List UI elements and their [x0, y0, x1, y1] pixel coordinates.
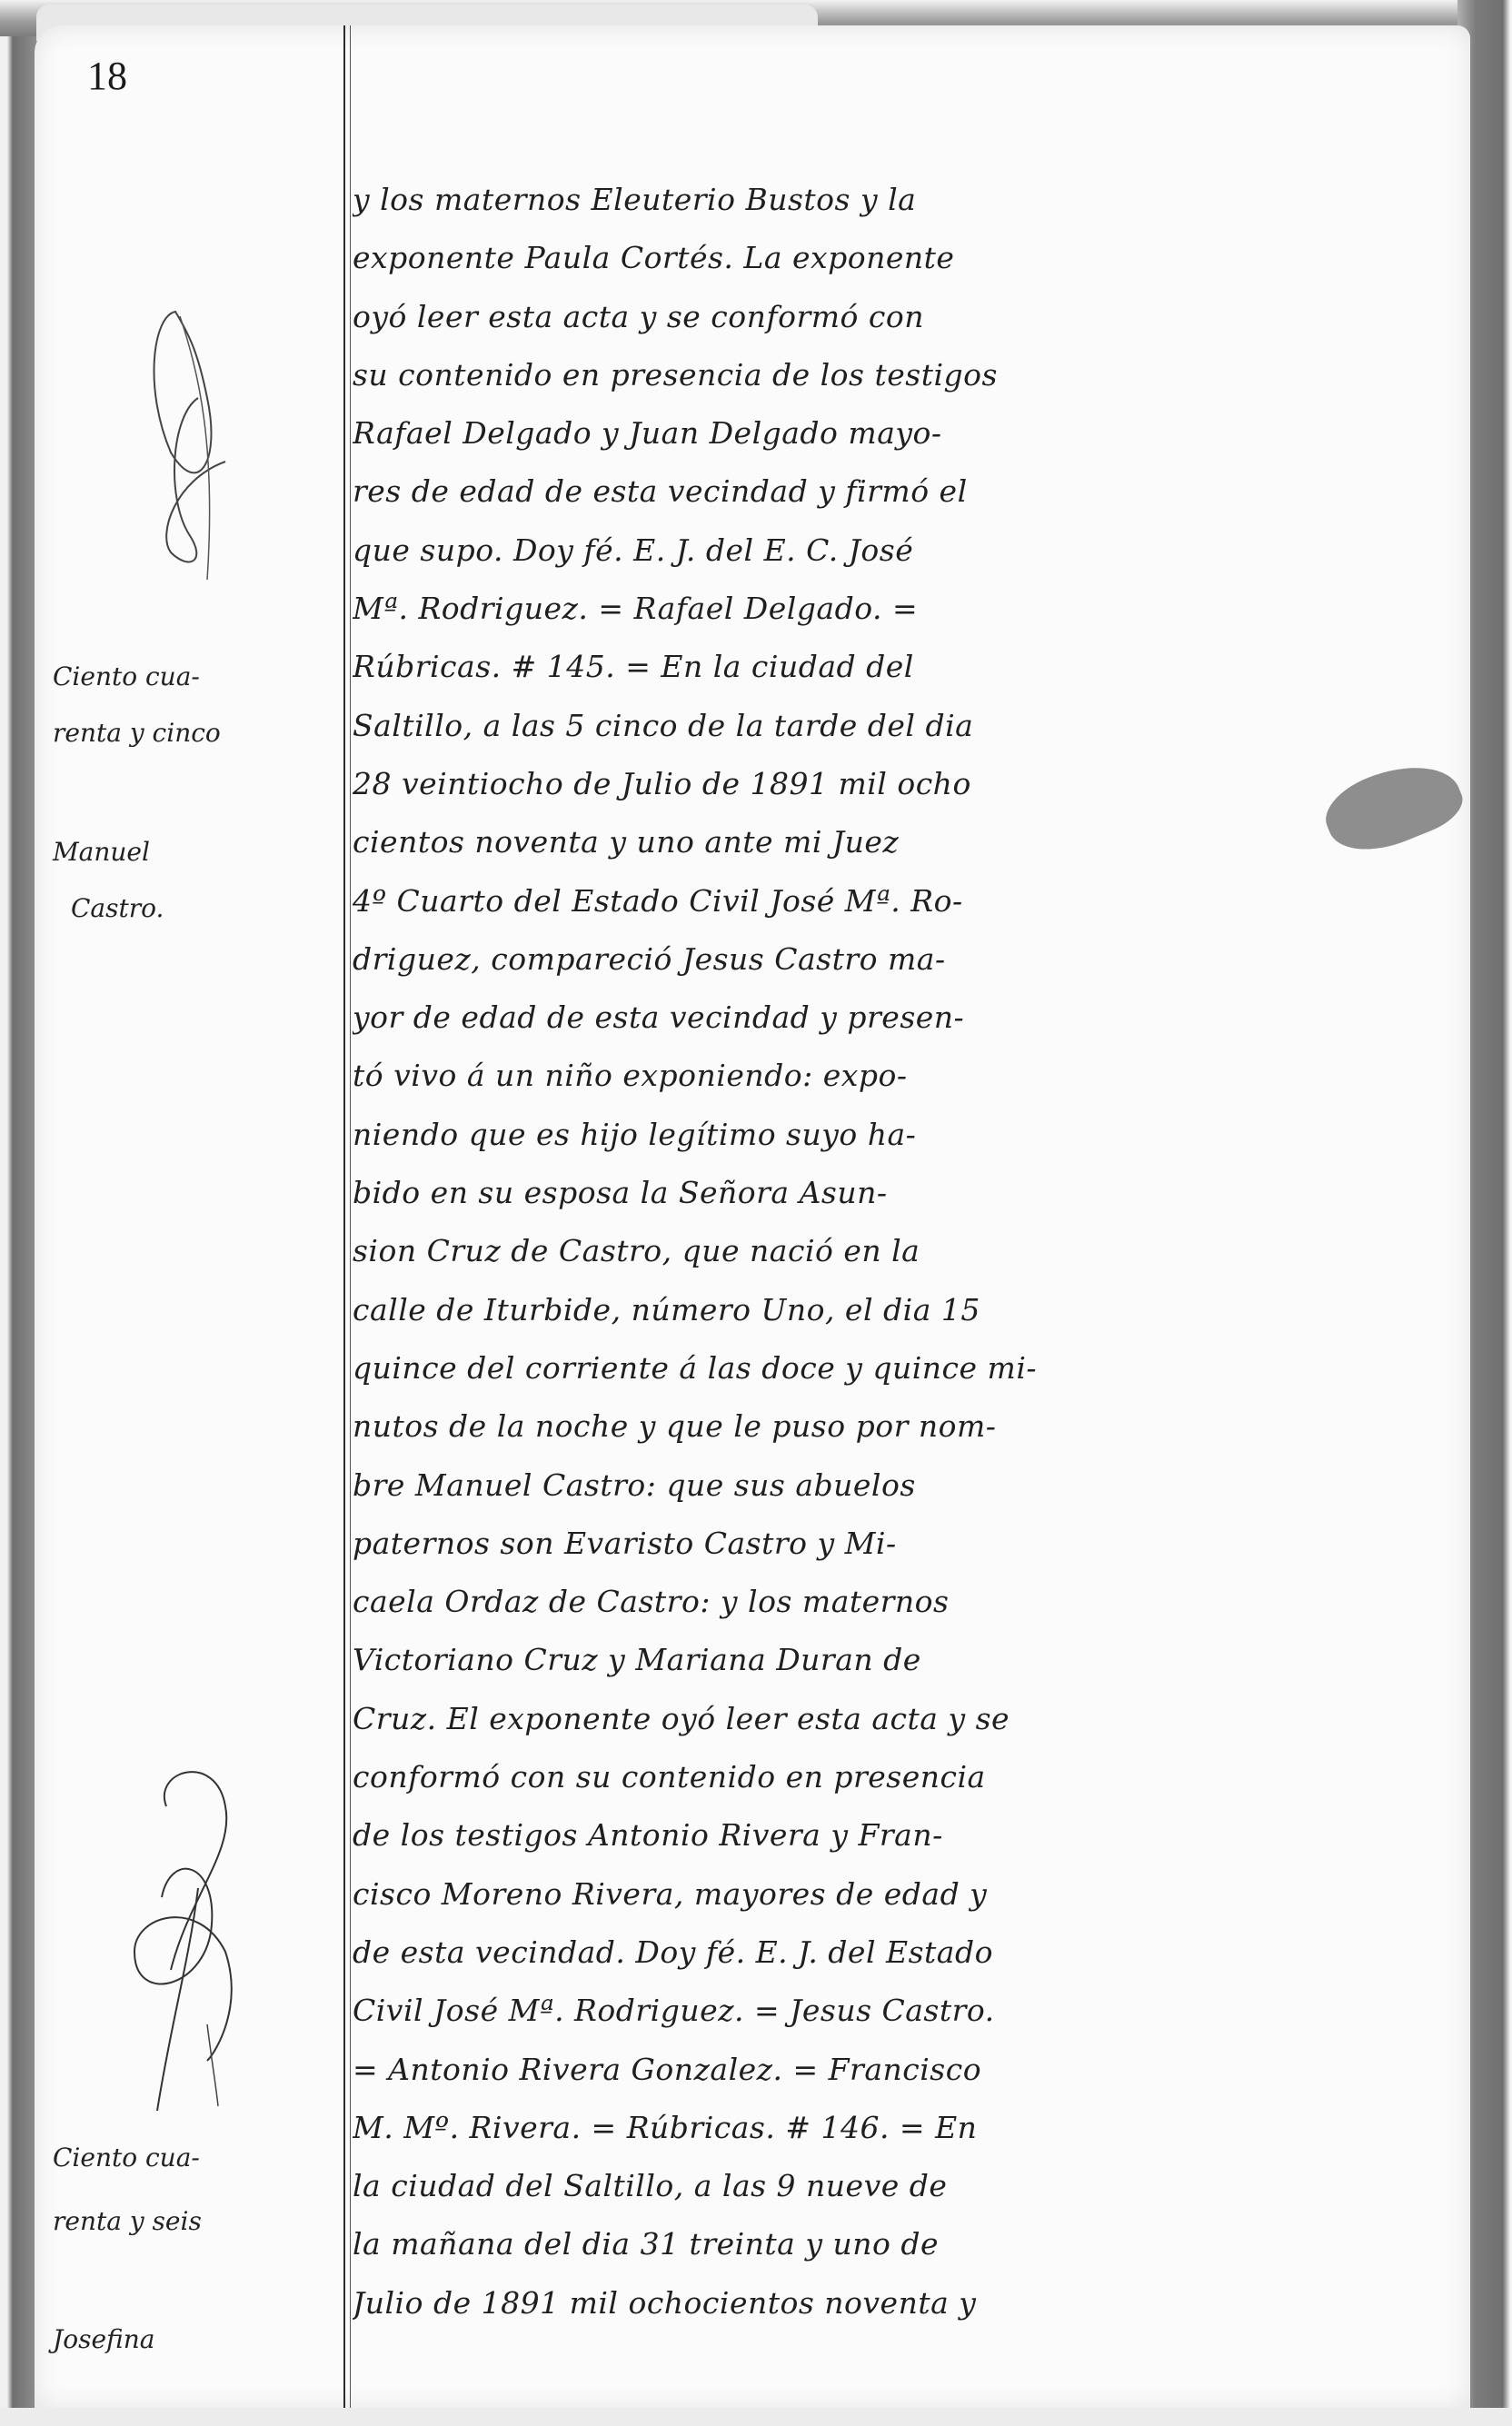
rubric-flourish-icon — [134, 280, 244, 580]
margin-note-entry-number: Ciento cua- — [53, 2143, 200, 2172]
text-line: Cruz. El exponente oyó leer esta acta y … — [353, 1690, 1461, 1748]
text-line: paternos son Evaristo Castro y Mi- — [353, 1515, 1461, 1573]
page-number: 18 — [87, 53, 127, 99]
margin-note-entry-number: renta y seis — [53, 2206, 202, 2236]
text-line: bre Manuel Castro: que sus abuelos — [353, 1457, 1461, 1515]
register-body-text: y los maternos Eleuterio Bustos y la exp… — [353, 171, 1461, 2332]
text-line: yor de edad de esta vecindad y presen- — [353, 989, 1461, 1047]
text-line: Mª. Rodriguez. = Rafael Delgado. = — [353, 580, 1461, 638]
margin-note-child-name: Castro. — [71, 893, 164, 923]
text-line: exponente Paula Cortés. La exponente — [353, 229, 1461, 287]
text-line: y los maternos Eleuterio Bustos y la — [353, 171, 1461, 229]
text-line: su contenido en presencia de los testigo… — [353, 346, 1461, 404]
text-line: conformó con su contenido en presencia — [353, 1748, 1461, 1806]
text-line: cisco Moreno Rivera, mayores de edad y — [353, 1865, 1461, 1924]
text-line: de los testigos Antonio Rivera y Fran- — [353, 1806, 1461, 1864]
text-line: de esta vecindad. Doy fé. E. J. del Esta… — [353, 1924, 1461, 1982]
text-line: oyó leer esta acta y se conformó con — [353, 288, 1461, 346]
text-line: res de edad de esta vecindad y firmó el — [353, 462, 1461, 521]
margin-note-child-name: Manuel — [53, 837, 150, 867]
text-line: 28 veintiocho de Julio de 1891 mil ocho — [353, 755, 1461, 813]
register-page: 18 Ciento cua- renta y cinco Manuel Cast… — [35, 25, 1470, 2410]
text-line: cientos noventa y uno ante mi Juez — [353, 813, 1461, 871]
text-line: Civil José Mª. Rodriguez. = Jesus Castro… — [353, 1982, 1461, 2040]
text-line: Rúbricas. # 145. = En la ciudad del — [353, 638, 1461, 696]
text-line: tó vivo á un niño exponiendo: expo- — [353, 1047, 1461, 1105]
text-line: que supo. Doy fé. E. J. del E. C. José — [353, 522, 1461, 580]
margin-rule — [343, 25, 351, 2410]
text-line: Rafael Delgado y Juan Delgado mayo- — [353, 404, 1461, 462]
text-line: Saltillo, a las 5 cinco de la tarde del … — [353, 697, 1461, 755]
text-line: quince del corriente á las doce y quince… — [353, 1339, 1461, 1397]
text-line: la ciudad del Saltillo, a las 9 nueve de — [353, 2157, 1461, 2215]
margin-note-child-name: Josefina — [53, 2324, 154, 2354]
text-line: 4º Cuarto del Estado Civil José Mª. Ro- — [353, 872, 1461, 930]
text-line: bido en su esposa la Señora Asun- — [353, 1164, 1461, 1222]
text-line: sion Cruz de Castro, que nació en la — [353, 1222, 1461, 1280]
text-line: M. Mº. Rivera. = Rúbricas. # 146. = En — [353, 2099, 1461, 2157]
scan-border-bottom — [0, 2408, 1512, 2426]
text-line: la mañana del dia 31 treinta y uno de — [353, 2215, 1461, 2273]
text-line: caela Ordaz de Castro: y los maternos — [353, 1573, 1461, 1631]
text-line: = Antonio Rivera Gonzalez. = Francisco — [353, 2041, 1461, 2099]
text-line: Victoriano Cruz y Mariana Duran de — [353, 1631, 1461, 1689]
margin-note-entry-number: renta y cinco — [53, 718, 221, 748]
margin-note-entry-number: Ciento cua- — [53, 661, 200, 691]
text-line: Julio de 1891 mil ochocientos noventa y — [353, 2274, 1461, 2332]
text-line: nutos de la noche y que le puso por nom- — [353, 1397, 1461, 1456]
text-line: driguez, compareció Jesus Castro ma- — [353, 930, 1461, 989]
text-line: niendo que es hijo legítimo suyo ha- — [353, 1106, 1461, 1164]
rubric-flourish-icon — [116, 1752, 253, 2115]
text-line: calle de Iturbide, número Uno, el dia 15 — [353, 1281, 1461, 1339]
